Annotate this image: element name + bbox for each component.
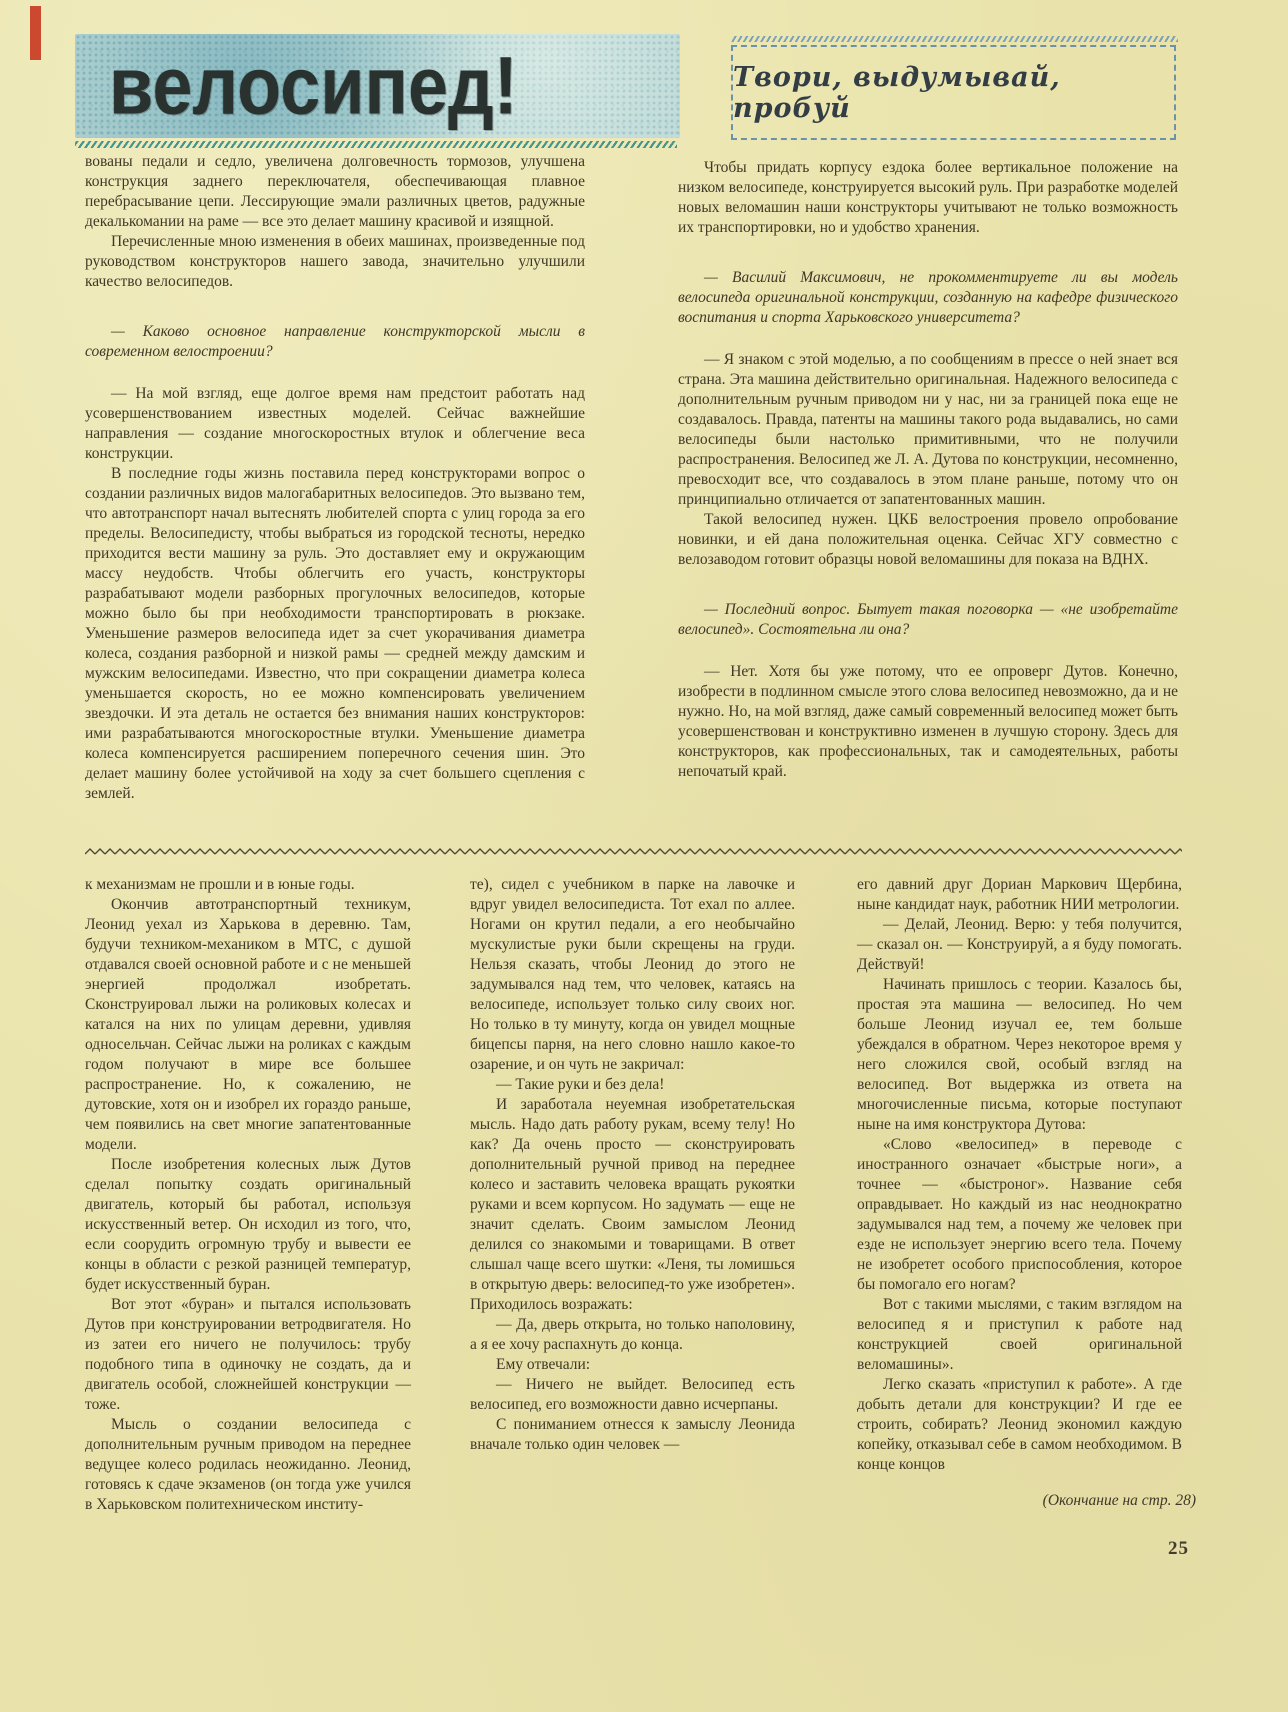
story-column-1: к механизмам не прошли и в юные годы. Ок…	[85, 875, 411, 1515]
dialogue-line: — Делай, Леонид. Верю: у тебя получится,…	[857, 915, 1182, 975]
paragraph: Такой велосипед нужен. ЦКБ велостроения …	[678, 510, 1178, 570]
page-number: 25	[1168, 1538, 1189, 1560]
paragraph: Чтобы придать корпусу ездока более верти…	[678, 158, 1178, 238]
paragraph: Ему отвечали:	[470, 1355, 795, 1375]
title-banner: велосипед!	[75, 34, 680, 138]
interview-answer: — Нет. Хотя бы уже потому, что ее опрове…	[678, 662, 1178, 782]
teal-rule	[75, 141, 677, 148]
registration-mark	[30, 6, 41, 60]
paragraph: В последние годы жизнь поставила перед к…	[85, 464, 585, 804]
paragraph: Вот этот «буран» и пытался использовать …	[85, 1295, 411, 1415]
rubric-box: Твори, выдумывай, пробуй	[731, 45, 1176, 140]
interview-question: — Василий Максимович, не прокомментирует…	[678, 268, 1178, 328]
interview-answer: — Я знаком с этой моделью, а по сообщени…	[678, 350, 1178, 510]
paragraph: вованы педали и седло, увеличена долгове…	[85, 152, 585, 232]
paragraph: С пониманием отнесся к замыслу Леонида в…	[470, 1415, 795, 1455]
interview-column-left: вованы педали и седло, увеличена долгове…	[85, 152, 585, 804]
magazine-page: велосипед! Твори, выдумывай, пробуй вова…	[0, 0, 1288, 1712]
paragraph: Перечисленные мною изменения в обеих маш…	[85, 232, 585, 292]
paragraph: И заработала неуемная изобретательская м…	[470, 1095, 795, 1315]
paragraph: После изобретения колесных лыж Дутов сде…	[85, 1155, 411, 1295]
paragraph: Вот с такими мыслями, с таким взглядом н…	[857, 1295, 1182, 1375]
dialogue-line: — Да, дверь открыта, но только наполовин…	[470, 1315, 795, 1355]
interview-question: — Каково основное направление конструкто…	[85, 322, 585, 362]
continuation-note: (Окончание на стр. 28)	[857, 1491, 1196, 1511]
wavy-divider	[85, 843, 1182, 852]
story-column-3: его давний друг Дориан Маркович Щербина,…	[857, 875, 1182, 1511]
paragraph: Легко сказать «приступил к работе». А гд…	[857, 1375, 1182, 1475]
dialogue-line: — Такие руки и без дела!	[470, 1075, 795, 1095]
paragraph: его давний друг Дориан Маркович Щербина,…	[857, 875, 1182, 915]
rubric-title: Твори, выдумывай, пробуй	[733, 62, 1174, 124]
paragraph: к механизмам не прошли и в юные годы.	[85, 875, 411, 895]
interview-answer: — На мой взгляд, еще долгое время нам пр…	[85, 384, 585, 464]
page-title: велосипед!	[75, 45, 518, 127]
interview-question: — Последний вопрос. Бытует такая поговор…	[678, 600, 1178, 640]
paragraph: Окончив автотранспортный техникум, Леони…	[85, 895, 411, 1155]
paragraph: «Слово «велосипед» в переводе с иностран…	[857, 1135, 1182, 1295]
paragraph: Начинать пришлось с теории. Казалось бы,…	[857, 975, 1182, 1135]
dialogue-line: — Ничего не выйдет. Велосипед есть велос…	[470, 1375, 795, 1415]
story-column-2: те), сидел с учебником в парке на лавочк…	[470, 875, 795, 1455]
paragraph: те), сидел с учебником в парке на лавочк…	[470, 875, 795, 1075]
paragraph: Мысль о создании велосипеда с дополнител…	[85, 1415, 411, 1515]
hatch-decoration	[731, 36, 1178, 42]
interview-column-right: Чтобы придать корпусу ездока более верти…	[678, 158, 1178, 782]
